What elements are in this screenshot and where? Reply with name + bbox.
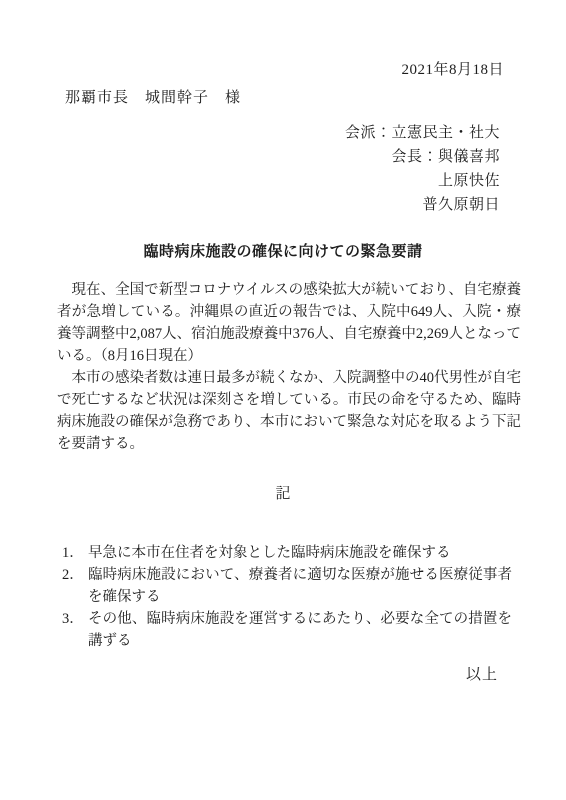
sender-member-line: 上原快佐 (345, 169, 500, 193)
sender-member-line: 普久原朝日 (345, 193, 500, 217)
sender-block: 会派：立憲民主・社大 会長：與儀喜邦 上原快佐 普久原朝日 (345, 121, 500, 217)
closing-line: 以上 (466, 663, 498, 684)
sender-chair-line: 会長：與儀喜邦 (345, 145, 500, 169)
paragraph: 本市の感染者数は連日最多が続くなか、入院調整中の40代男性が自宅で死亡するなど状… (57, 367, 521, 455)
item-number: 1． (62, 542, 88, 564)
list-item: 3． その他、臨時病床施設を運営するにあたり、必要な全ての措置を講ずる (62, 608, 512, 652)
sender-faction-line: 会派：立憲民主・社大 (345, 121, 500, 145)
recipient-line: 那覇市長 城間幹子 様 (65, 86, 241, 107)
item-text: 臨時病床施設において、療養者に適切な医療が施せる医療従事者を確保する (88, 564, 512, 608)
item-text: 早急に本市在住者を対象とした臨時病床施設を確保する (88, 542, 512, 564)
section-marker: 記 (0, 482, 566, 503)
request-list: 1． 早急に本市在住者を対象とした臨時病床施設を確保する 2． 臨時病床施設にお… (62, 542, 512, 652)
document-title: 臨時病床施設の確保に向けての緊急要請 (0, 240, 566, 261)
body-text: 現在、全国で新型コロナウイルスの感染拡大が続いており、自宅療養者が急増している。… (57, 279, 521, 455)
item-number: 3． (62, 608, 88, 652)
list-item: 2． 臨時病床施設において、療養者に適切な医療が施せる医療従事者を確保する (62, 564, 512, 608)
item-number: 2． (62, 564, 88, 608)
list-item: 1． 早急に本市在住者を対象とした臨時病床施設を確保する (62, 542, 512, 564)
document-page: 2021年8月18日 那覇市長 城間幹子 様 会派：立憲民主・社大 会長：與儀喜… (0, 0, 566, 800)
paragraph: 現在、全国で新型コロナウイルスの感染拡大が続いており、自宅療養者が急増している。… (57, 279, 521, 367)
item-text: その他、臨時病床施設を運営するにあたり、必要な全ての措置を講ずる (88, 608, 512, 652)
date-line: 2021年8月18日 (401, 58, 504, 79)
